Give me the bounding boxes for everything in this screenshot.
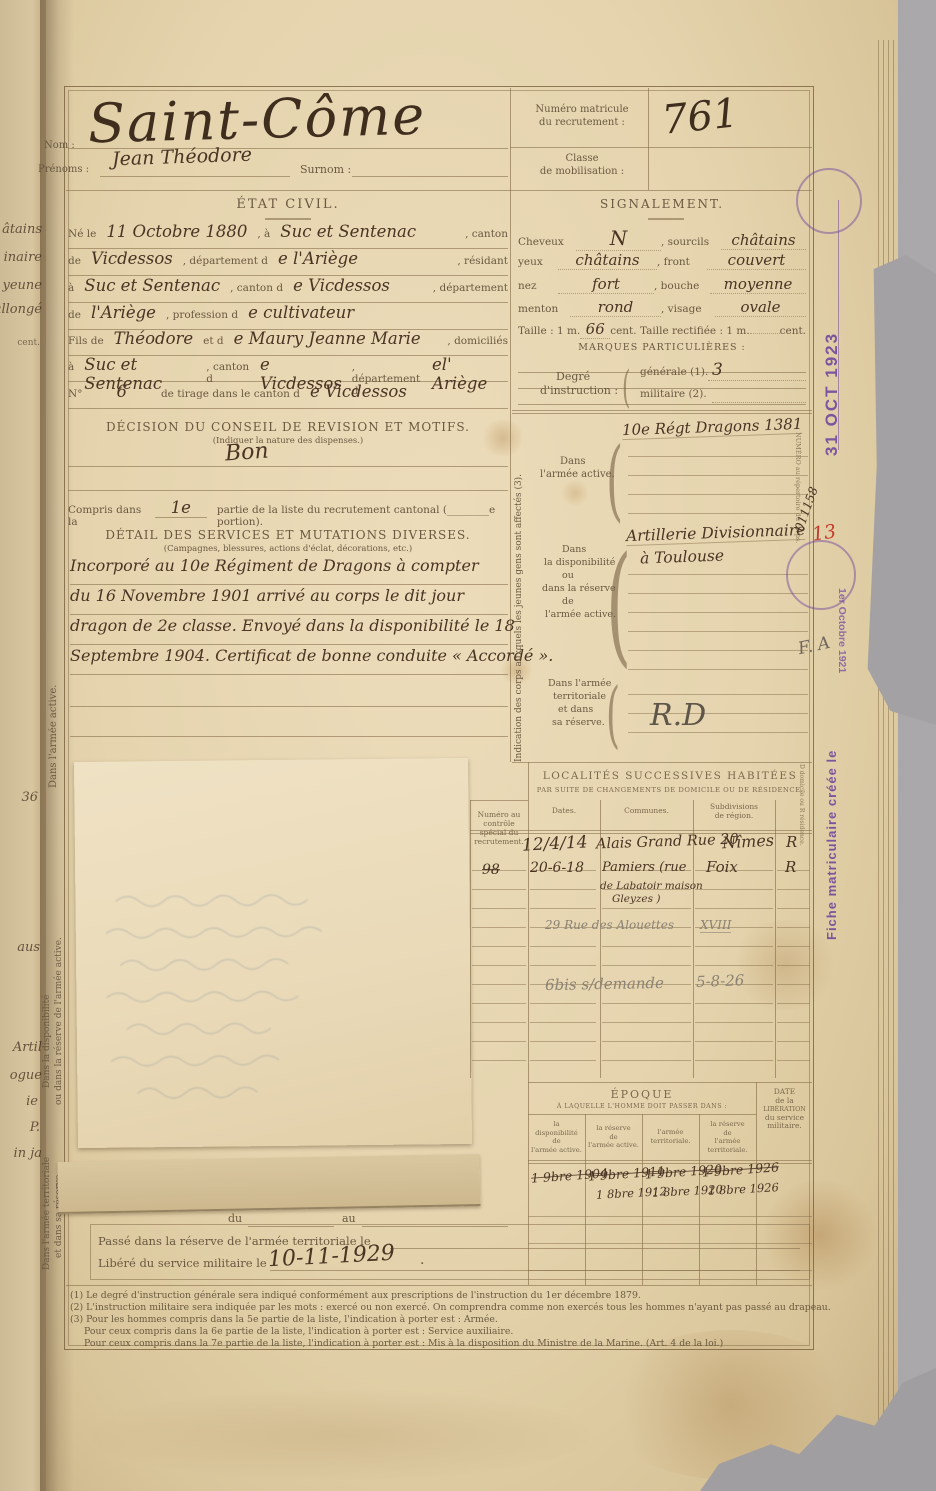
printed-label: , sourcils [661,236,721,248]
liberation-date-header: DATEde laLIBÉRATIONdu servicemilitaire. [757,1088,812,1131]
profession-line: de l'Ariège , profession d e cultivateur [68,303,508,330]
signalement-row: menton rond , visage ovale [518,298,806,317]
handwritten-value: couvert [707,251,806,270]
printed-label: , front [657,256,707,268]
residence-date: 12/4/14 [522,832,589,855]
edge-fragment: 36 [21,790,38,805]
handwritten-value: ovale [715,298,806,317]
ruled-lines [528,1190,812,1285]
printed-label: nez [518,280,558,292]
printed-label: , bouche [654,280,710,292]
service-entry-line: du 16 Novembre 1901 arrivé au corps le d… [70,586,508,615]
edge-fragment: yeune [3,278,42,293]
handwritten-value: e Maury Jeanne Marie [234,329,421,348]
handwritten-value: Suc et Sentenac [84,276,220,295]
ruled-lines [777,852,810,1072]
matricule-number: 761 [660,90,741,144]
handwritten-value: 11 Octobre 1880 [106,222,247,241]
ruled-lines [530,852,596,1072]
residence-subdiv: Nîmes [722,831,775,853]
territoriale-side-label: Dans l'armée territoriale [42,1095,52,1270]
printed-label: , département [433,282,508,294]
edge-fragment: âtains [2,222,42,237]
printed-label: , résidant [457,255,508,267]
generale-label: générale (1). [640,366,708,378]
edge-fragment: allongé [0,302,42,317]
tirage-line: N° 6 de tirage dans le canton d e Vicdes… [68,382,508,409]
printed-label: de [68,309,81,321]
octobre-stamp: 1er Octobre 1921 [836,588,848,718]
corps-terr-label: territoriale [553,691,606,702]
printed-label: Né le [68,228,96,240]
epoque-col-header: la réservedel'arméeterritoriale. [700,1120,755,1154]
printed-label: , canton [465,228,508,240]
bleed-through-writing [74,758,472,1148]
handwritten-value: rond [570,298,661,317]
services-subtitle: (Campagnes, blessures, actions d'éclat, … [66,544,510,554]
service-entry-line: dragon de 2e classe. Envoyé dans la disp… [70,616,508,645]
signalement-row: nez fort , bouche moyenne [518,275,806,294]
epoque-title: ÉPOQUE [528,1088,756,1101]
printed-label: N° [68,388,82,400]
taille-row: Taille : 1 m. 66 cent. Taille rectifiée … [518,320,806,339]
residence-dr: R [785,858,796,876]
service-entry-line: Incorporé au 10e Régiment de Dragons à c… [70,556,508,585]
birth-line-2: de Vicdessos , département d e l'Ariège … [68,249,508,276]
nom-label: Nom : [44,140,75,151]
handwritten-value: Théodore [114,329,193,348]
decision-title: DÉCISION DU CONSEIL DE REVISION ET MOTIF… [66,420,510,434]
printed-label: Fils de [68,335,104,347]
instruction-generale-value: 3 [712,360,723,380]
handwritten-value: e l'Ariège [278,249,358,268]
epoque-subtitle: À LAQUELLE L'HOMME DOIT PASSER DANS : [528,1103,756,1110]
signalement-row: Cheveux N , sourcils châtains [518,226,806,251]
signalement-row: yeux châtains , front couvert [518,251,806,270]
ruled-lines [628,438,808,516]
col-subdiv-header2: de région. [695,811,773,820]
residence-dr: R [786,833,797,851]
compris-line: Compris dans la 1e partie de la liste du… [68,498,508,524]
marques-label: MARQUES PARTICULIÈRES : [512,342,812,353]
printed-label: , à [257,228,270,240]
services-title: DÉTAIL DES SERVICES ET MUTATIONS DIVERSE… [66,528,510,542]
corps-dispo-label: Dans [562,544,586,555]
pencil-note: 6bis s/demande [545,974,664,994]
corps-dispo-label: la disponibilité [544,557,615,568]
fiche-stamp-date: 31 OCT 1923 [822,196,842,456]
prenoms-label: Prénoms : [38,164,89,175]
service-entry-line: Septembre 1904. Certificat de bonne cond… [70,646,508,675]
printed-label: de tirage dans le canton d [161,388,300,400]
libere-label: Libéré du service militaire le [98,1256,267,1270]
matricule-label: Numéro matricule [520,104,644,115]
degre-label2: d'instruction : [540,384,618,397]
pencil-residence: 29 Rue des Alouettes [545,918,674,932]
handwritten-value: e Vicdessos [293,276,390,295]
printed-label: , département d [183,255,268,267]
corps-dispo-label: de [562,596,574,607]
residence-commune-cont: de Labatoir maison [600,880,703,892]
handwritten-value: moyenne [710,275,806,294]
handwritten-value: châtains [558,251,657,270]
ruled-lines [472,852,526,1072]
residence-commune: Pamiers (rue [602,860,686,875]
edge-fragment: ogue [10,1068,42,1083]
stacked-page-edges [878,40,898,1460]
militaire-label: militaire (2). [640,388,707,400]
printed-label: , domiciliés [447,335,508,347]
edge-fragment: P. [30,1120,40,1135]
col-dates-header: Dates. [528,806,600,815]
col-communes-header: Communes. [600,806,693,815]
localites-subtitle: PAR SUITE DE CHANGEMENTS DE DOMICILE OU … [528,786,812,794]
edge-fragment: aus [17,940,40,955]
col-subdiv-header: Subdivisions [695,802,773,811]
corps-terr-value: R.D [650,698,706,733]
handwritten-value: fort [558,275,654,294]
corps-terr-label: Dans l'armée [548,678,611,689]
printed-label: Cheveux [518,236,576,248]
decision-subtitle: (Indiquer la nature des dispenses.) [66,436,510,446]
printed-label: à [68,361,74,373]
classe-label: Classe [520,153,644,164]
pencil-subdiv: XVIII [700,918,731,933]
edge-fragment: ie [26,1094,38,1109]
printed-label: menton [518,303,570,315]
corps-dispo-label: ou [562,570,574,581]
red-classification-number: 13 [811,520,838,545]
ruled-lines [628,556,808,672]
col-dr-header: D domicile ou R résidence. [798,764,805,864]
disponibilite-side-label: Dans la disponibilité [42,838,52,1088]
printed-label: Compris dans la [68,504,145,528]
epoque-col-header: ladisponibilitédel'armée active. [529,1120,584,1154]
tirage-canton: e Vicdessos [310,382,407,401]
printed-label: cent. Taille rectifiée : 1 m. [610,325,749,337]
handwritten-value: N [576,226,661,251]
corps-side-label: Indication des corps auxquels les jeunes… [514,432,524,762]
footnote-4: Pour ceux compris dans la 6e partie de l… [84,1326,513,1337]
printed-label: , canton d [230,282,283,294]
printed-label: , visage [661,303,715,315]
surname-handwritten: Saint-Côme [87,84,427,156]
birth-line-1: Né le 11 Octobre 1880 , à Suc et Sentena… [68,222,508,249]
footnote-1: (1) Le degré d'instruction générale sera… [70,1290,641,1301]
parents-line: Fils de Théodore et d e Maury Jeanne Mar… [68,329,508,356]
corps-active-label: Dans [560,456,586,467]
footnote-3: (3) Pour les hommes compris dans la 5e p… [70,1314,498,1325]
height-value: 66 [580,320,610,339]
matricule-label2: du recrutement : [520,117,644,128]
signalement-title: SIGNALEMENT. [512,197,812,211]
armee-active-side-label: Dans l'armée active. [48,598,59,788]
printed-label: Taille : 1 m. [518,325,580,337]
corps-terr-label: sa réserve. [552,717,605,728]
brace: ( [606,428,623,531]
corps-active-label2: l'armée active. [540,469,615,480]
col-numero-header: Numéro au contrôle spécial du recrutemen… [472,810,526,846]
edge-fragment: Artil [13,1040,42,1055]
classe-label2: de mobilisation : [520,166,644,177]
surnom-label: Surnom : [300,163,351,176]
printed-label: à [68,282,74,294]
ruled-lines [695,852,773,1072]
liste-partie: 1e [155,498,207,518]
edge-fragment: in ja [14,1146,42,1161]
handwritten-value [750,333,780,334]
localites-title: LOCALITÉS SUCCESSIVES HABITÉES [528,770,812,782]
printed-label: de [68,255,81,267]
period: . [420,1252,424,1268]
brace: ( [622,362,631,413]
disponibilite-side-label2: ou dans la réserve de l'armée active. [54,820,64,1105]
handwritten-value: châtains [721,231,806,250]
printed-label: partie de la liste du recrutement canton… [217,504,508,528]
pencil-note-date: 5-8-26 [696,971,745,991]
residence-commune-cont: Gleyzes ) [612,893,660,905]
epoque-col-header: la réservedel'armée active. [586,1124,641,1150]
corps-dispo-label: dans la réserve [542,583,616,594]
epoque-col-header: l'arméeterritoriale. [643,1128,698,1145]
handwritten-value: e cultivateur [248,303,354,322]
printed-label: et d [203,335,224,347]
pasted-paper-slip [74,758,472,1148]
printed-label: yeux [518,256,558,268]
degre-label: Degré [556,370,590,383]
residence-subdiv: Foix [706,858,738,876]
handwritten-value: Vicdessos [91,249,173,268]
edge-fragment: cent. [17,338,40,348]
brace: ( [606,672,620,756]
footnote-5: Pour ceux compris dans la 7e partie de l… [84,1338,723,1349]
footnote-2: (2) L'instruction militaire sera indiqué… [70,1302,831,1313]
handwritten-value: l'Ariège [91,303,156,322]
corps-terr-label: et dans [558,704,593,715]
controle-number: 98 [482,862,500,878]
printed-label: cent. [780,325,806,337]
scanned-register-page: âtains inaire yeune allongé cent. 36 aus… [0,0,936,1491]
residence-line-1: à Suc et Sentenac , canton d e Vicdessos… [68,276,508,303]
printed-label: , profession d [166,309,238,321]
decision-value: Bon [224,439,269,467]
handwritten-value: Suc et Sentenac [280,222,416,241]
tirage-number: 6 [116,382,127,401]
etat-civil-title: ÉTAT CIVIL. [66,197,510,212]
residence-date: 20-6-18 [530,860,584,876]
edge-fragment: inaire [4,250,42,265]
folded-paper-band [58,1154,481,1214]
